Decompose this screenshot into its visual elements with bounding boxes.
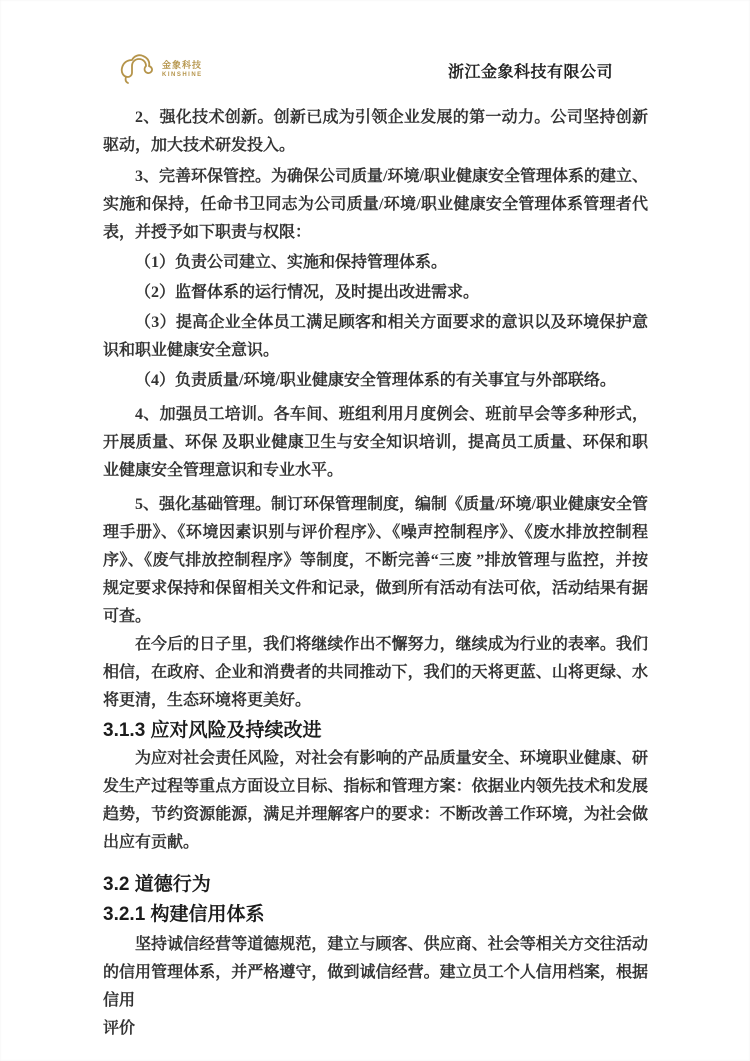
logo-brand-cn: 金象科技: [162, 61, 203, 70]
list-item-4: （4）负责质量/环境/职业健康安全管理体系的有关事宜与外部联络。: [103, 367, 648, 395]
paragraph-env-control: 3、完善环保管控。为确保公司质量/环境/职业健康安全管理体系的建立、实施和保持，…: [103, 163, 648, 247]
section-heading-3-2-1: 3.2.1 构建信用体系: [103, 901, 648, 929]
document-content: 2、强化技术创新。创新已成为引领企业发展的第一动力。公司坚持创新驱动，加大技术研…: [103, 104, 648, 1043]
paragraph-risk-response: 为应对社会责任风险，对社会有影响的产品质量安全、环境职业健康、研发生产过程等重点…: [103, 745, 648, 857]
section-heading-3-1-3: 3.1.3 应对风险及持续改进: [103, 717, 648, 745]
document-page: 金象科技 KINSHINE 浙江金象科技有限公司 2、强化技术创新。创新已成为引…: [0, 0, 750, 1061]
logo-wordmark: 金象科技 KINSHINE: [162, 61, 203, 78]
logo-brand-en: KINSHINE: [162, 72, 203, 78]
paragraph-basic-management: 5、强化基础管理。制订环保管理制度，编制《质量/环境/职业健康安全管理手册》、《…: [103, 491, 648, 631]
page-header: 金象科技 KINSHINE 浙江金象科技有限公司: [0, 0, 750, 95]
paragraph-future-outlook: 在今后的日子里，我们将继续作出不懈努力，继续成为行业的表率。我们相信，在政府、企…: [103, 631, 648, 715]
company-name: 浙江金象科技有限公司: [448, 59, 613, 82]
company-logo: 金象科技 KINSHINE: [118, 50, 203, 88]
paragraph-credit-system-continuation: 评价: [103, 1015, 648, 1043]
list-item-3: （3）提高企业全体员工满足顾客和相关方面要求的意识以及环境保护意识和职业健康安全…: [103, 309, 648, 365]
elephant-logo-icon: [118, 50, 158, 88]
paragraph-credit-system: 坚持诚信经营等道德规范，建立与顾客、供应商、社会等相关方交往活动的信用管理体系，…: [103, 931, 648, 1015]
paragraph-staff-training: 4、加强员工培训。各车间、班组利用月度例会、班前早会等多种形式，开展质量、环保 …: [103, 401, 648, 485]
paragraph-tech-innovation: 2、强化技术创新。创新已成为引领企业发展的第一动力。公司坚持创新驱动，加大技术研…: [103, 104, 648, 160]
list-item-1: （1）负责公司建立、实施和保持管理体系。: [103, 249, 648, 277]
section-heading-3-2: 3.2 道德行为: [103, 871, 648, 899]
list-item-2: （2）监督体系的运行情况，及时提出改进需求。: [103, 279, 648, 307]
